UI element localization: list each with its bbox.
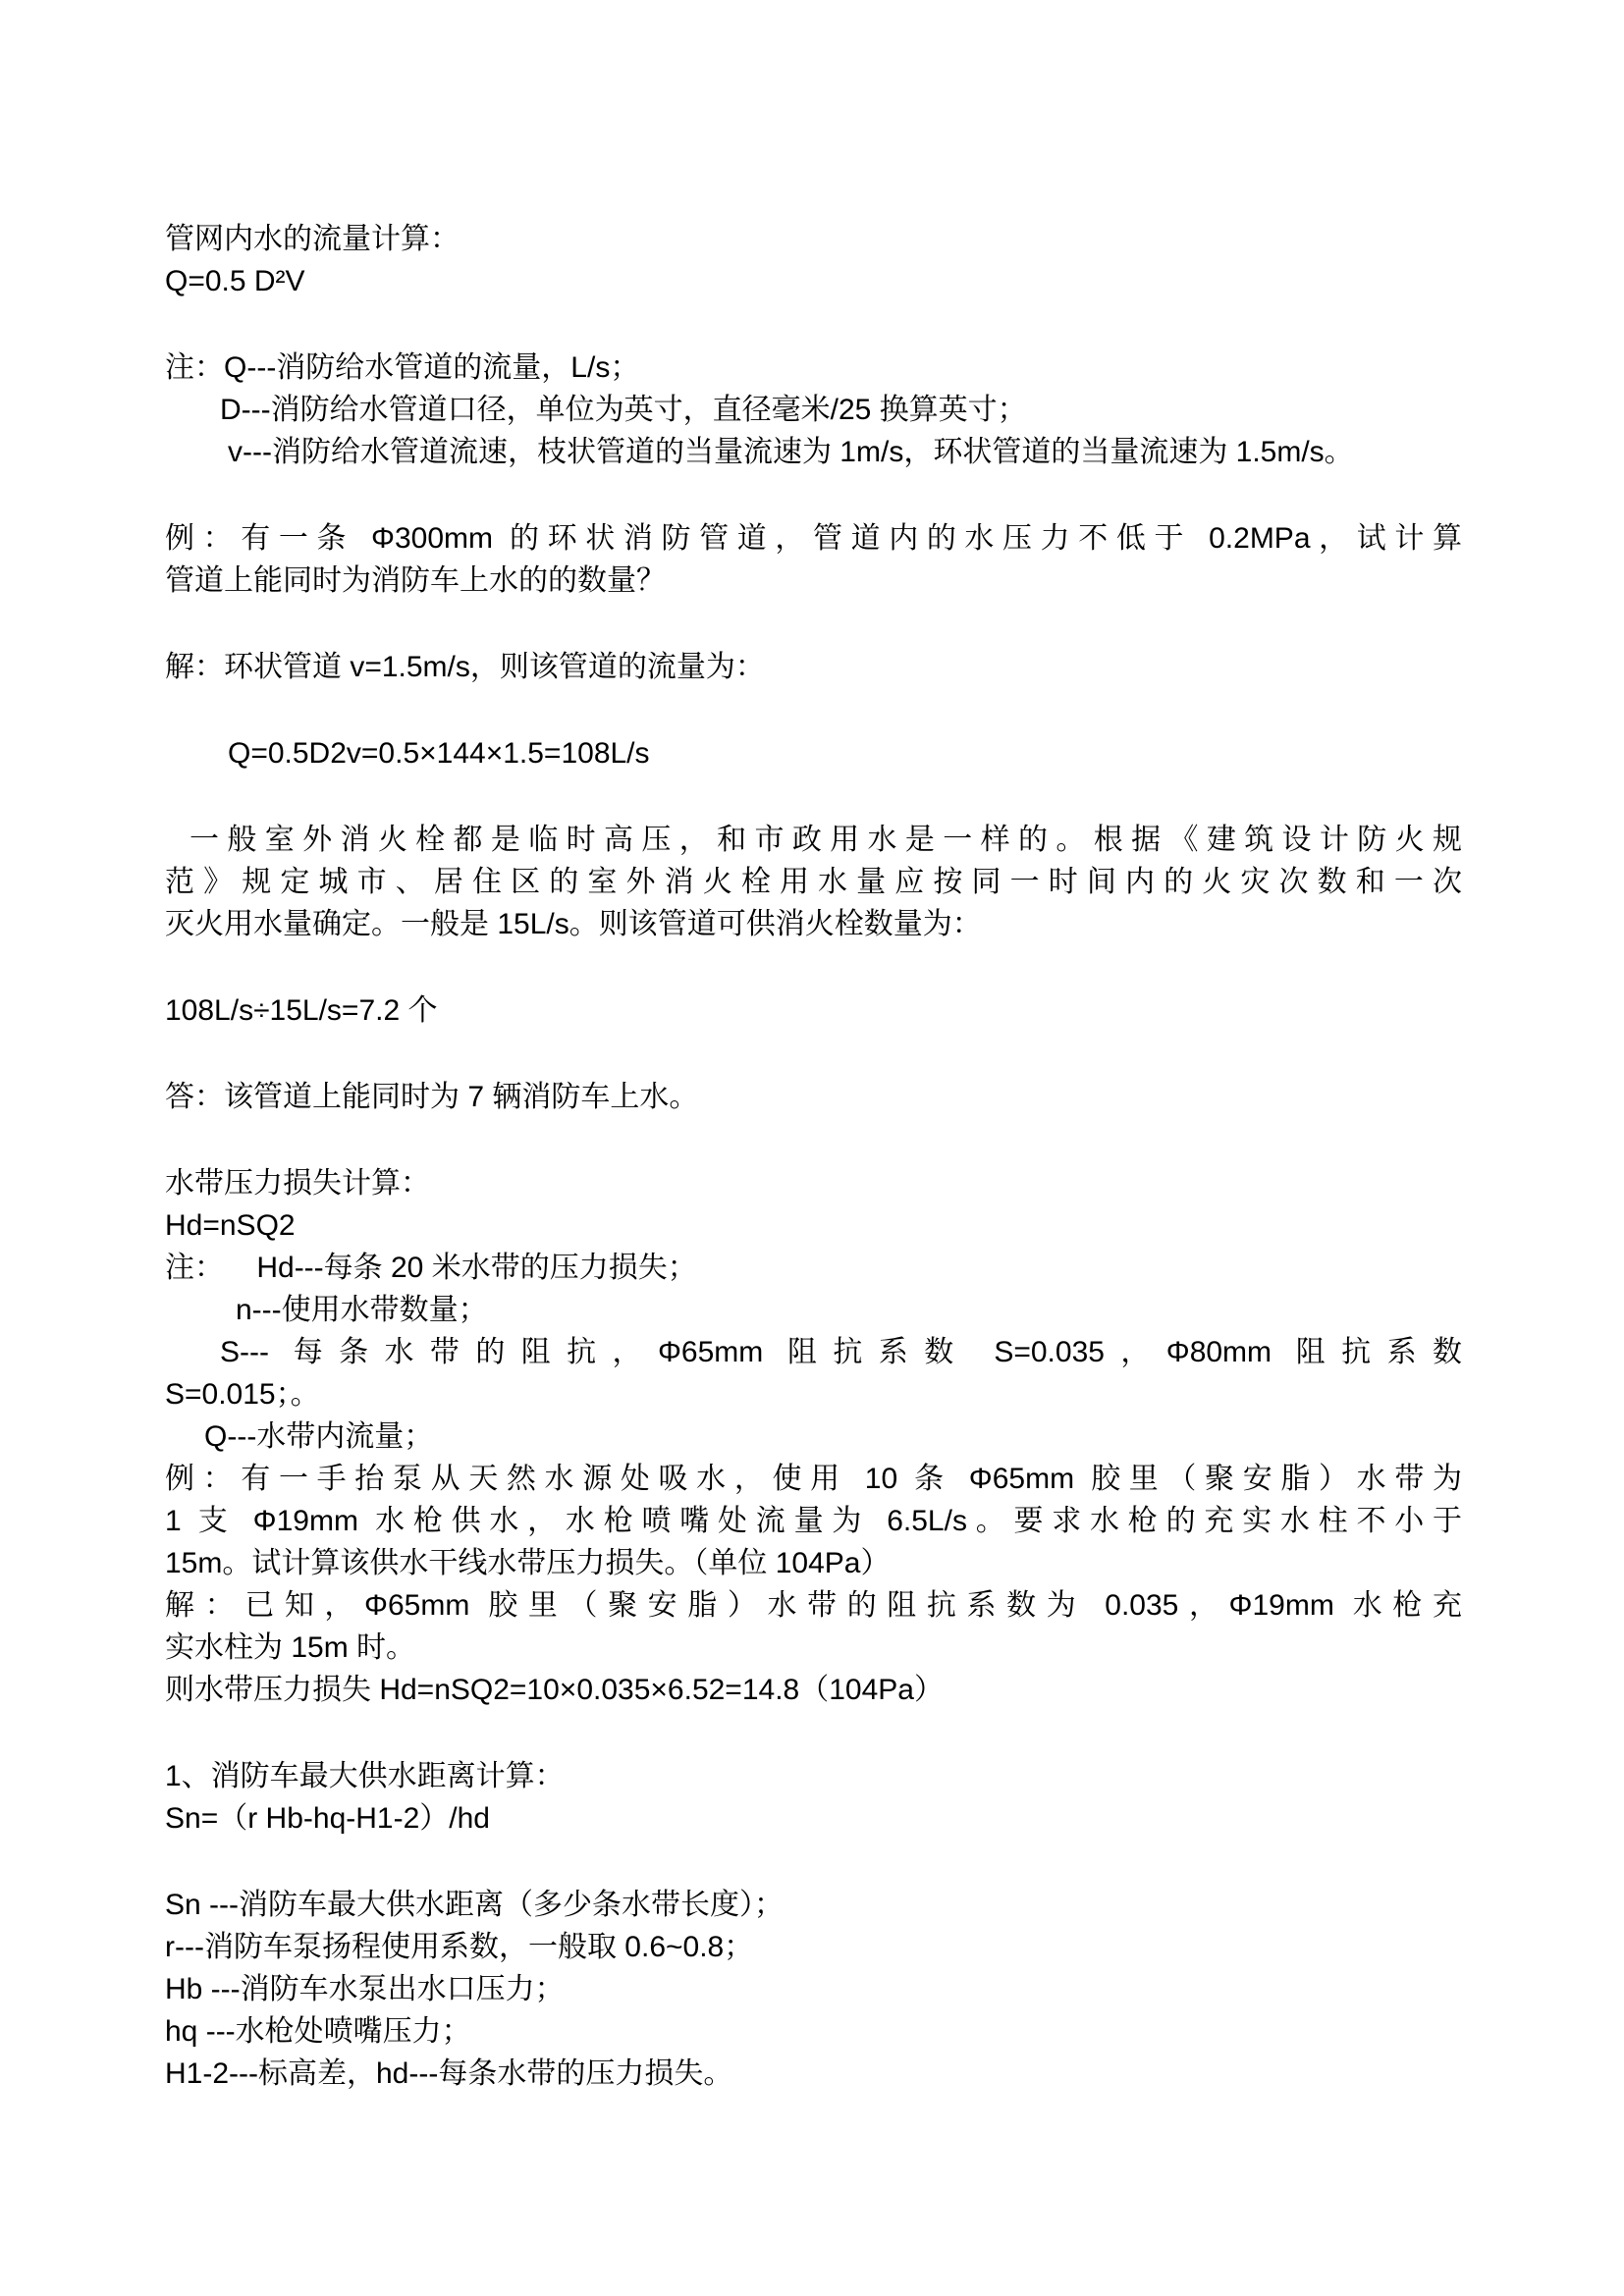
note-hb: Hb ---消防车水泵出水口压力； (165, 1968, 1462, 2010)
example1-line-2: 管道上能同时为消防车上水的的数量？ (165, 560, 1462, 602)
calc-hydrant-count: 108L/s÷15L/s=7.2 个 (165, 989, 1462, 1032)
note-hd: 注： Hd---每条 20 米水带的压力损失； (165, 1247, 1462, 1289)
note-sn: Sn ---消防车最大供水距离（多少条水带长度）； (165, 1884, 1462, 1926)
document-page: 管网内水的流量计算： Q=0.5 D²V 注：Q---消防给水管道的流量，L/s… (0, 0, 1624, 2296)
note-q: 注：Q---消防给水管道的流量，L/s； (165, 347, 1462, 389)
section-title-distance: 1、消防车最大供水距离计算： (165, 1755, 1462, 1797)
section-title-hose-loss: 水带压力损失计算： (165, 1162, 1462, 1204)
formula-hose-loss: Hd=nSQ2 (165, 1204, 1462, 1247)
note-h12: H1-2---标高差，hd---每条水带的压力损失。 (165, 2053, 1462, 2095)
note-v: v---消防给水管道流速，枝状管道的当量流速为 1m/s，环状管道的当量流速为 … (228, 431, 1462, 473)
example2-line-2: 1 支 Φ19mm 水枪供水，水枪喷嘴处流量为 6.5L/s。要求水枪的充实水柱… (165, 1500, 1462, 1542)
para-hydrant-line-1: 一般室外消火栓都是临时高压，和市政用水是一样的。根据《建筑设计防火规 (189, 819, 1462, 861)
formula-flow-result: Q=0.5D2v=0.5×144×1.5=108L/s (228, 732, 1462, 774)
example2-line-3: 15m。试计算该供水干线水带压力损失。（单位 104Pa） (165, 1542, 1462, 1584)
example1-line-1: 例：有一条 Φ300mm 的环状消防管道，管道内的水压力不低于 0.2MPa，试… (165, 517, 1462, 560)
solution1-intro: 解：环状管道 v=1.5m/s，则该管道的流量为： (165, 646, 1462, 688)
formula-flow: Q=0.5 D²V (165, 260, 1462, 302)
note-n: n---使用水带数量； (236, 1289, 1462, 1331)
para-hydrant-line-3: 灭火用水量确定。一般是 15L/s。则该管道可供消火栓数量为： (165, 903, 1462, 945)
answer1: 答：该管道上能同时为 7 辆消防车上水。 (165, 1076, 1462, 1118)
solution2-line-1: 解：已知，Φ65mm 胶里（聚安脂）水带的阻抗系数为 0.035，Φ19mm 水… (165, 1584, 1462, 1627)
formula-distance: Sn=（r Hb-hq-H1-2）/hd (165, 1797, 1462, 1840)
note-q2: Q---水带内流量； (204, 1415, 1462, 1458)
note-s-line-1: S--- 每条水带的阻抗，Φ65mm 阻抗系数 S=0.035，Φ80mm 阻抗… (220, 1331, 1462, 1373)
note-r: r---消防车泵扬程使用系数，一般取 0.6~0.8； (165, 1926, 1462, 1968)
note-d: D---消防给水管道口径，单位为英寸，直径毫米/25 换算英寸； (220, 389, 1462, 431)
example2-line-1: 例：有一手抬泵从天然水源处吸水，使用 10 条 Φ65mm 胶里（聚安脂）水带为 (165, 1458, 1462, 1500)
solution2-line-2: 实水柱为 15m 时。 (165, 1627, 1462, 1669)
para-hydrant-line-2: 范》规定城市、居住区的室外消火栓用水量应按同一时间内的火灾次数和一次 (165, 861, 1462, 903)
section-title-flow-calc: 管网内水的流量计算： (165, 218, 1462, 260)
note-hq: hq ---水枪处喷嘴压力； (165, 2010, 1462, 2053)
note-s-line-2: S=0.015；。 (165, 1373, 1462, 1415)
solution2-result: 则水带压力损失 Hd=nSQ2=10×0.035×6.52=14.8（104Pa… (165, 1669, 1462, 1711)
